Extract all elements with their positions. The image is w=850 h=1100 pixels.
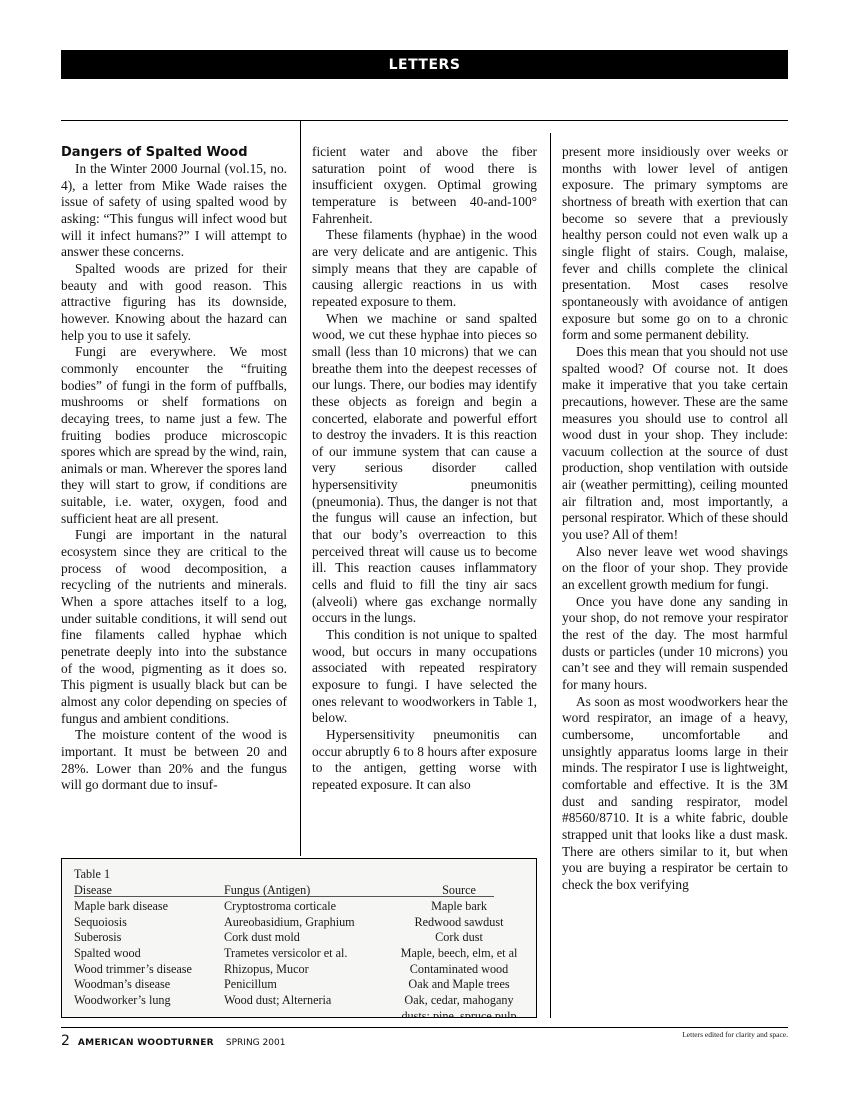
cell-source: Cork dust (394, 930, 524, 946)
cell-fungus: Rhizopus, Mucor (224, 962, 394, 978)
cell-source: Maple, beech, elm, et al (394, 946, 524, 962)
paragraph: In the Winter 2000 Journal (vol.15, no. … (61, 161, 287, 261)
issue-date: SPRING 2001 (226, 1038, 286, 1048)
cell-disease: Woodworker’s lung (74, 993, 224, 1018)
cell-source: Maple bark (394, 899, 524, 915)
column-divider-1 (300, 120, 301, 856)
article-column-2: ficient water and above the fiber satura… (312, 144, 537, 794)
table-row: Wood trimmer’s disease Rhizopus, Mucor C… (74, 962, 524, 978)
paragraph: As soon as most woodworkers hear the wor… (562, 694, 788, 894)
article-column-3: present more insidiously over weeks or m… (562, 144, 788, 894)
cell-fungus: Trametes versicolor et al. (224, 946, 394, 962)
table-row: Woodworker’s lung Wood dust; Alterneria … (74, 993, 524, 1018)
cell-fungus: Penicillum (224, 977, 394, 993)
table-row: Suberosis Cork dust mold Cork dust (74, 930, 524, 946)
table-row: Sequoiosis Aureobasidium, Graphium Redwo… (74, 915, 524, 931)
cell-fungus: Cryptostroma corticale (224, 899, 394, 915)
table-row: Woodman’s disease Penicillum Oak and Map… (74, 977, 524, 993)
page-footer: 2 AMERICAN WOODTURNER SPRING 2001 (61, 1033, 285, 1049)
footer-divider (61, 1027, 788, 1028)
cell-source: Oak and Maple trees (394, 977, 524, 993)
cell-disease: Maple bark disease (74, 899, 224, 915)
paragraph: Does this mean that you should not use s… (562, 344, 788, 544)
paragraph: The moisture content of the wood is impo… (61, 727, 287, 794)
cell-disease: Sequoiosis (74, 915, 224, 931)
table-row: Spalted wood Trametes versicolor et al. … (74, 946, 524, 962)
header-disease: Disease (74, 883, 224, 899)
page-number: 2 (61, 1033, 70, 1049)
cell-disease: Spalted wood (74, 946, 224, 962)
table-row: Maple bark disease Cryptostroma cortical… (74, 899, 524, 915)
cell-disease: Woodman’s disease (74, 977, 224, 993)
column-divider-2 (550, 133, 551, 1018)
cell-disease: Wood trimmer’s disease (74, 962, 224, 978)
magazine-name: AMERICAN WOODTURNER (78, 1038, 214, 1048)
cell-fungus: Cork dust mold (224, 930, 394, 946)
cell-source: Oak, cedar, mahogany dusts; pine, spruce… (394, 993, 524, 1018)
cell-fungus: Aureobasidium, Graphium (224, 915, 394, 931)
disease-table: Table 1 Disease Fungus (Antigen) Source … (74, 867, 524, 1018)
paragraph: Hypersensitivity pneumonitis can occur a… (312, 727, 537, 794)
article-headline: Dangers of Spalted Wood (61, 144, 287, 161)
article-column-1: Dangers of Spalted Wood In the Winter 20… (61, 144, 287, 794)
cell-fungus: Wood dust; Alterneria (224, 993, 394, 1018)
paragraph: Also never leave wet wood shavings on th… (562, 544, 788, 594)
header-source: Source (394, 883, 524, 899)
cell-source: Redwood sawdust (394, 915, 524, 931)
editorial-credit: Letters edited for clarity and space. (682, 1030, 788, 1039)
paragraph: Once you have done any sanding in your s… (562, 594, 788, 694)
section-banner: LETTERS (61, 50, 788, 79)
table-1-figure: Table 1 Disease Fungus (Antigen) Source … (61, 858, 537, 1018)
paragraph: When we machine or sand spalted wood, we… (312, 311, 537, 627)
section-title: LETTERS (389, 57, 461, 73)
cell-disease: Suberosis (74, 930, 224, 946)
table-caption: Table 1 (74, 867, 524, 883)
paragraph: Spalted woods are prized for their beaut… (61, 261, 287, 344)
table-header-row: Disease Fungus (Antigen) Source (74, 883, 524, 899)
paragraph: Fungi are important in the natural ecosy… (61, 527, 287, 727)
header-fungus: Fungus (Antigen) (224, 883, 394, 899)
paragraph: Fungi are everywhere. We most commonly e… (61, 344, 287, 527)
paragraph: These filaments (hyphae) in the wood are… (312, 227, 537, 310)
paragraph-continued: present more insidiously over weeks or m… (562, 144, 788, 344)
cell-source: Contaminated wood (394, 962, 524, 978)
paragraph: This condition is not unique to spalted … (312, 627, 537, 727)
top-divider (61, 120, 788, 121)
paragraph-continued: ficient water and above the fiber satura… (312, 144, 537, 227)
